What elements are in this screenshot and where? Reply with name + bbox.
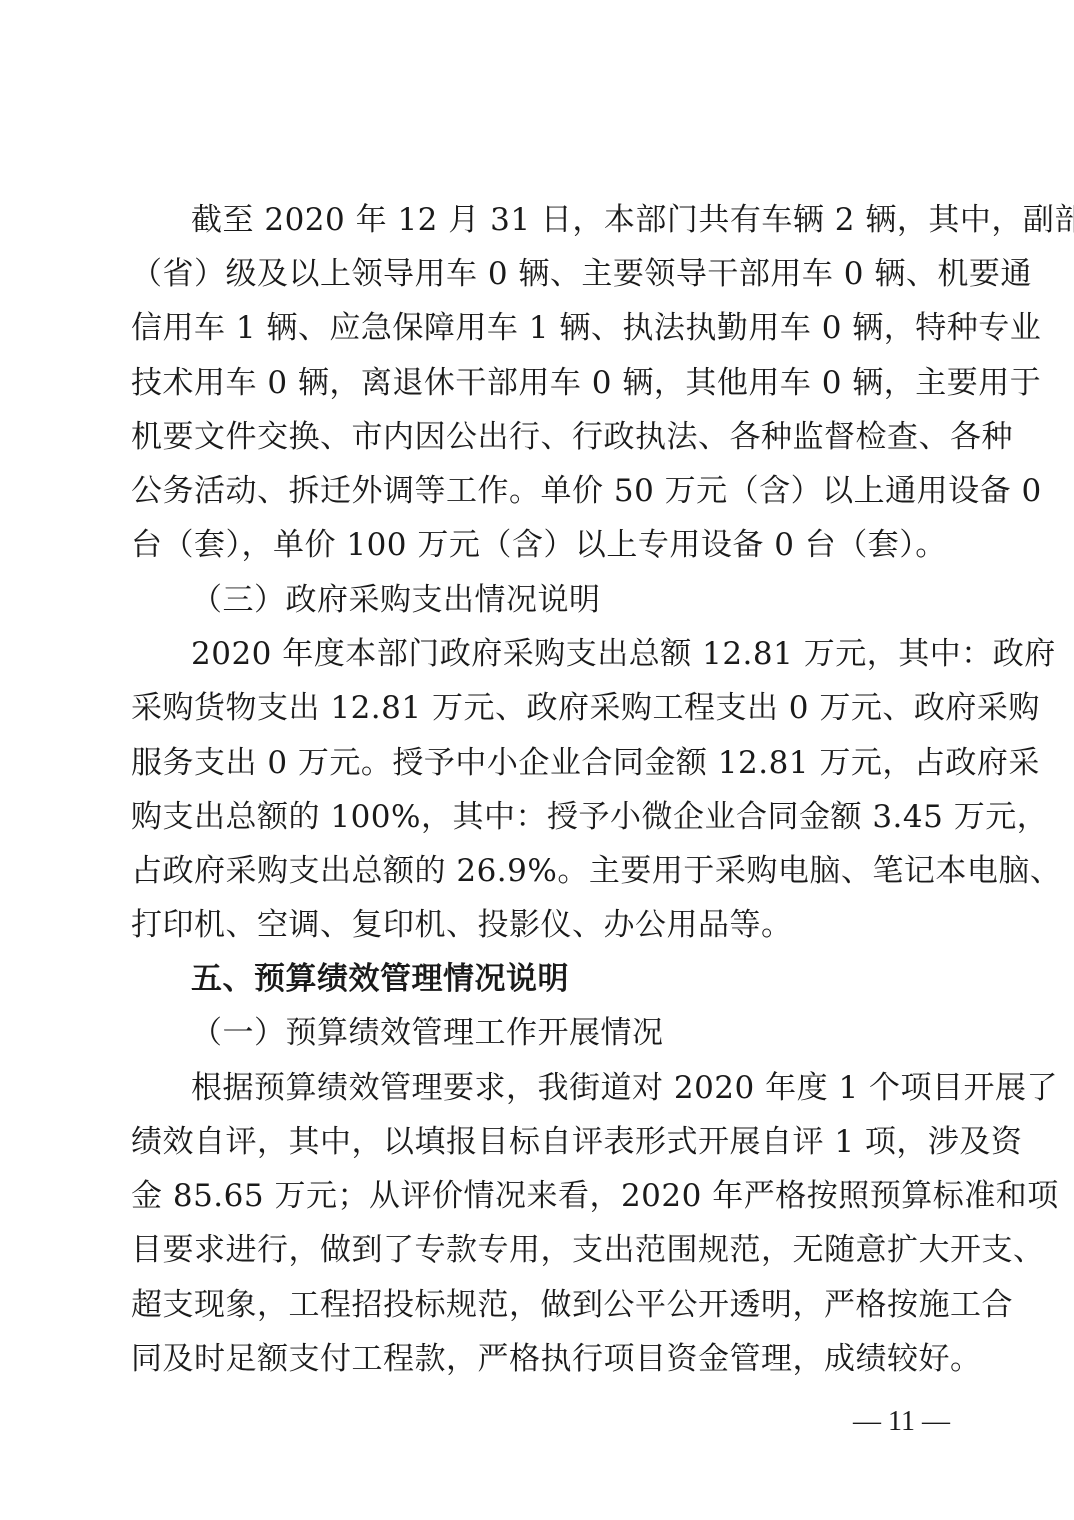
section-subheading: （三）政府采购支出情况说明 — [191, 580, 941, 620]
paragraph-line: 信用车 1 辆、应急保障用车 1 辆、执法执勤用车 0 辆，特种专业 — [131, 308, 941, 348]
paragraph-line: 购支出总额的 100%，其中：授予小微企业合同金额 3.45 万元， — [131, 797, 941, 837]
paragraph-line: 打印机、空调、复印机、投影仪、办公用品等。 — [131, 905, 941, 945]
paragraph-line: 技术用车 0 辆，离退休干部用车 0 辆，其他用车 0 辆，主要用于 — [131, 363, 941, 403]
paragraph-line: 2020 年度本部门政府采购支出总额 12.81 万元，其中：政府 — [191, 634, 941, 674]
paragraph-line: 占政府采购支出总额的 26.9%。主要用于采购电脑、笔记本电脑、 — [131, 851, 941, 891]
paragraph-line: 超支现象，工程招投标规范，做到公平公开透明，严格按施工合 — [131, 1285, 941, 1325]
paragraph-line: 目要求进行，做到了专款专用，支出范围规范，无随意扩大开支、 — [131, 1230, 941, 1270]
paragraph-line: 服务支出 0 万元。授予中小企业合同金额 12.81 万元，占政府采 — [131, 743, 941, 783]
document-page: 截至 2020 年 12 月 31 日，本部门共有车辆 2 辆，其中，副部 （省… — [0, 0, 1074, 1520]
paragraph-line: 台（套），单价 100 万元（含）以上专用设备 0 台（套）。 — [131, 525, 941, 565]
paragraph-line: 绩效自评，其中，以填报目标自评表形式开展自评 1 项，涉及资 — [131, 1122, 941, 1162]
paragraph-line: 公务活动、拆迁外调等工作。单价 50 万元（含）以上通用设备 0 — [131, 471, 941, 511]
section-heading: 五、预算绩效管理情况说明 — [191, 959, 941, 999]
paragraph-line: （省）级及以上领导用车 0 辆、主要领导干部用车 0 辆、机要通 — [131, 254, 941, 294]
paragraph-line: 机要文件交换、市内因公出行、行政执法、各种监督检查、各种 — [131, 417, 941, 457]
paragraph-line: 同及时足额支付工程款，严格执行项目资金管理，成绩较好。 — [131, 1339, 941, 1379]
paragraph-line: 截至 2020 年 12 月 31 日，本部门共有车辆 2 辆，其中，副部 — [191, 200, 941, 240]
section-subheading: （一）预算绩效管理工作开展情况 — [191, 1013, 941, 1053]
paragraph-line: 采购货物支出 12.81 万元、政府采购工程支出 0 万元、政府采购 — [131, 688, 941, 728]
paragraph-line: 根据预算绩效管理要求，我街道对 2020 年度 1 个项目开展了 — [191, 1068, 941, 1108]
paragraph-line: 金 85.65 万元；从评价情况来看，2020 年严格按照预算标准和项 — [131, 1176, 941, 1216]
page-number: — 11 — — [840, 1404, 950, 1440]
